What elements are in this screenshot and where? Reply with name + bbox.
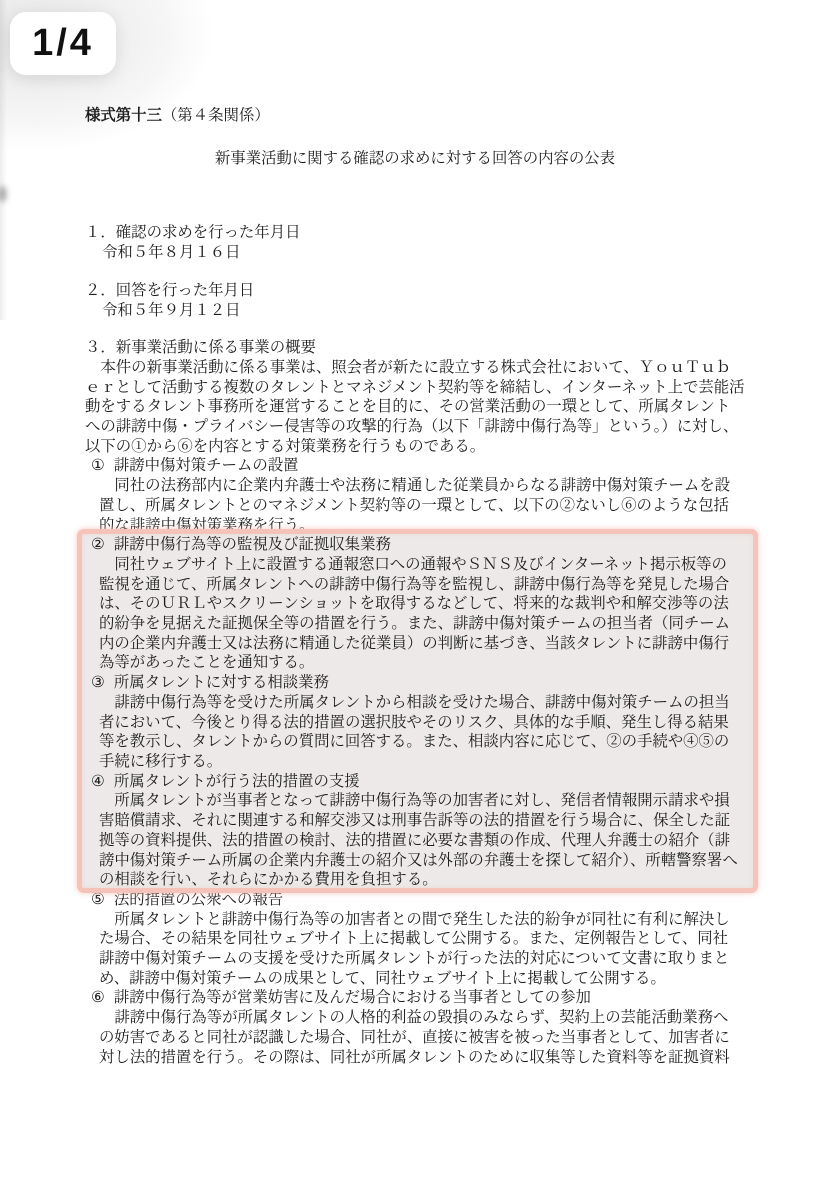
item-marker: ③ (91, 673, 105, 691)
item-body: 誹謗中傷行為等が所属タレントの人格的利益の毀損のみならず、契約上の芸能活動業務へ… (99, 1008, 739, 1067)
highlight-annotation-box: ②誹謗中傷行為等の監視及び証拠収集業務 同社ウェブサイト上に設置する通報窓口への… (85, 535, 745, 890)
section-3-heading: ３．新事業活動に係る事業の概要 (85, 338, 745, 358)
item-title: 所属タレントに対する相談業務 (114, 674, 329, 691)
left-edge-shadow (0, 0, 7, 320)
document-title: 新事業活動に関する確認の求めに対する回答の内容の公表 (85, 149, 745, 169)
section-3-intro: 本件の新事業活動に係る事業は、照会者が新たに設立する株式会社において、ＹｏｕＴｕ… (85, 358, 745, 457)
list-item-6: ⑥誹謗中傷行為等が営業妨害に及んだ場合における当事者としての参加 誹謗中傷行為等… (85, 988, 745, 1067)
section-1-date: 令和５年８月１６日 (85, 243, 745, 263)
item-marker: ② (91, 535, 105, 553)
item-head: ③所属タレントに対する相談業務 (85, 673, 745, 693)
item-body: 同社ウェブサイト上に設置する通報窓口への通報やＳＮＳ及びインターネット掲示板等の… (99, 555, 739, 673)
list-item-4: ④所属タレントが行う法的措置の支援 所属タレントが当事者となって誹謗中傷行為等の… (85, 772, 745, 890)
form-label: 様式第十三 (85, 107, 162, 124)
item-marker: ① (91, 456, 105, 474)
edge-smudge (0, 186, 7, 202)
item-title: 誹謗中傷対策チームの設置 (114, 457, 299, 474)
section-2: ２．回答を行った年月日 令和５年９月１２日 (85, 281, 745, 320)
item-title: 所属タレントが行う法的措置の支援 (114, 773, 360, 790)
section-1-heading: １．確認の求めを行った年月日 (85, 223, 745, 243)
item-title: 誹謗中傷行為等の監視及び証拠収集業務 (114, 536, 391, 553)
item-body: 所属タレントが当事者となって誹謗中傷行為等の加害者に対し、発信者情報開示請求や損… (99, 791, 739, 890)
item-head: ①誹謗中傷対策チームの設置 (85, 456, 745, 476)
list-item-1: ①誹謗中傷対策チームの設置 同社の法務部内に企業内弁護士や法務に精通した従業員か… (85, 456, 745, 535)
item-body: 所属タレントと誹謗中傷行為等の加害者との間で発生した法的紛争が同社に有利に解決し… (99, 910, 739, 989)
section-3: ３．新事業活動に係る事業の概要 本件の新事業活動に係る事業は、照会者が新たに設立… (85, 338, 745, 1067)
item-title: 法的措置の公衆への報告 (114, 891, 283, 908)
item-head: ④所属タレントが行う法的措置の支援 (85, 772, 745, 792)
list-item-2: ②誹謗中傷行為等の監視及び証拠収集業務 同社ウェブサイト上に設置する通報窓口への… (85, 535, 745, 673)
section-2-date: 令和５年９月１２日 (85, 301, 745, 321)
form-label-line: 様式第十三（第４条関係） (85, 106, 745, 126)
item-marker: ⑥ (91, 988, 105, 1006)
document-page: 1/4 様式第十三（第４条関係） 新事業活動に関する確認の求めに対する回答の内容… (0, 0, 832, 1200)
item-body: 同社の法務部内に企業内弁護士や法務に精通した従業員からなる誹謗中傷対策チームを設… (99, 476, 739, 535)
section-1: １．確認の求めを行った年月日 令和５年８月１６日 (85, 223, 745, 262)
list-item-3: ③所属タレントに対する相談業務 誹謗中傷行為等を受けた所属タレントから相談を受け… (85, 673, 745, 772)
item-marker: ④ (91, 772, 105, 790)
document-body: 様式第十三（第４条関係） 新事業活動に関する確認の求めに対する回答の内容の公表 … (85, 0, 745, 1067)
item-title: 誹謗中傷行為等が営業妨害に及んだ場合における当事者としての参加 (114, 989, 591, 1006)
item-head: ②誹謗中傷行為等の監視及び証拠収集業務 (85, 535, 745, 555)
item-head: ⑥誹謗中傷行為等が営業妨害に及んだ場合における当事者としての参加 (85, 988, 745, 1008)
item-body: 誹謗中傷行為等を受けた所属タレントから相談を受けた場合、誹謗中傷対策チームの担当… (99, 693, 739, 772)
form-label-note: （第４条関係） (162, 107, 270, 124)
section-2-heading: ２．回答を行った年月日 (85, 281, 745, 301)
list-item-5: ⑤法的措置の公衆への報告 所属タレントと誹謗中傷行為等の加害者との間で発生した法… (85, 890, 745, 989)
